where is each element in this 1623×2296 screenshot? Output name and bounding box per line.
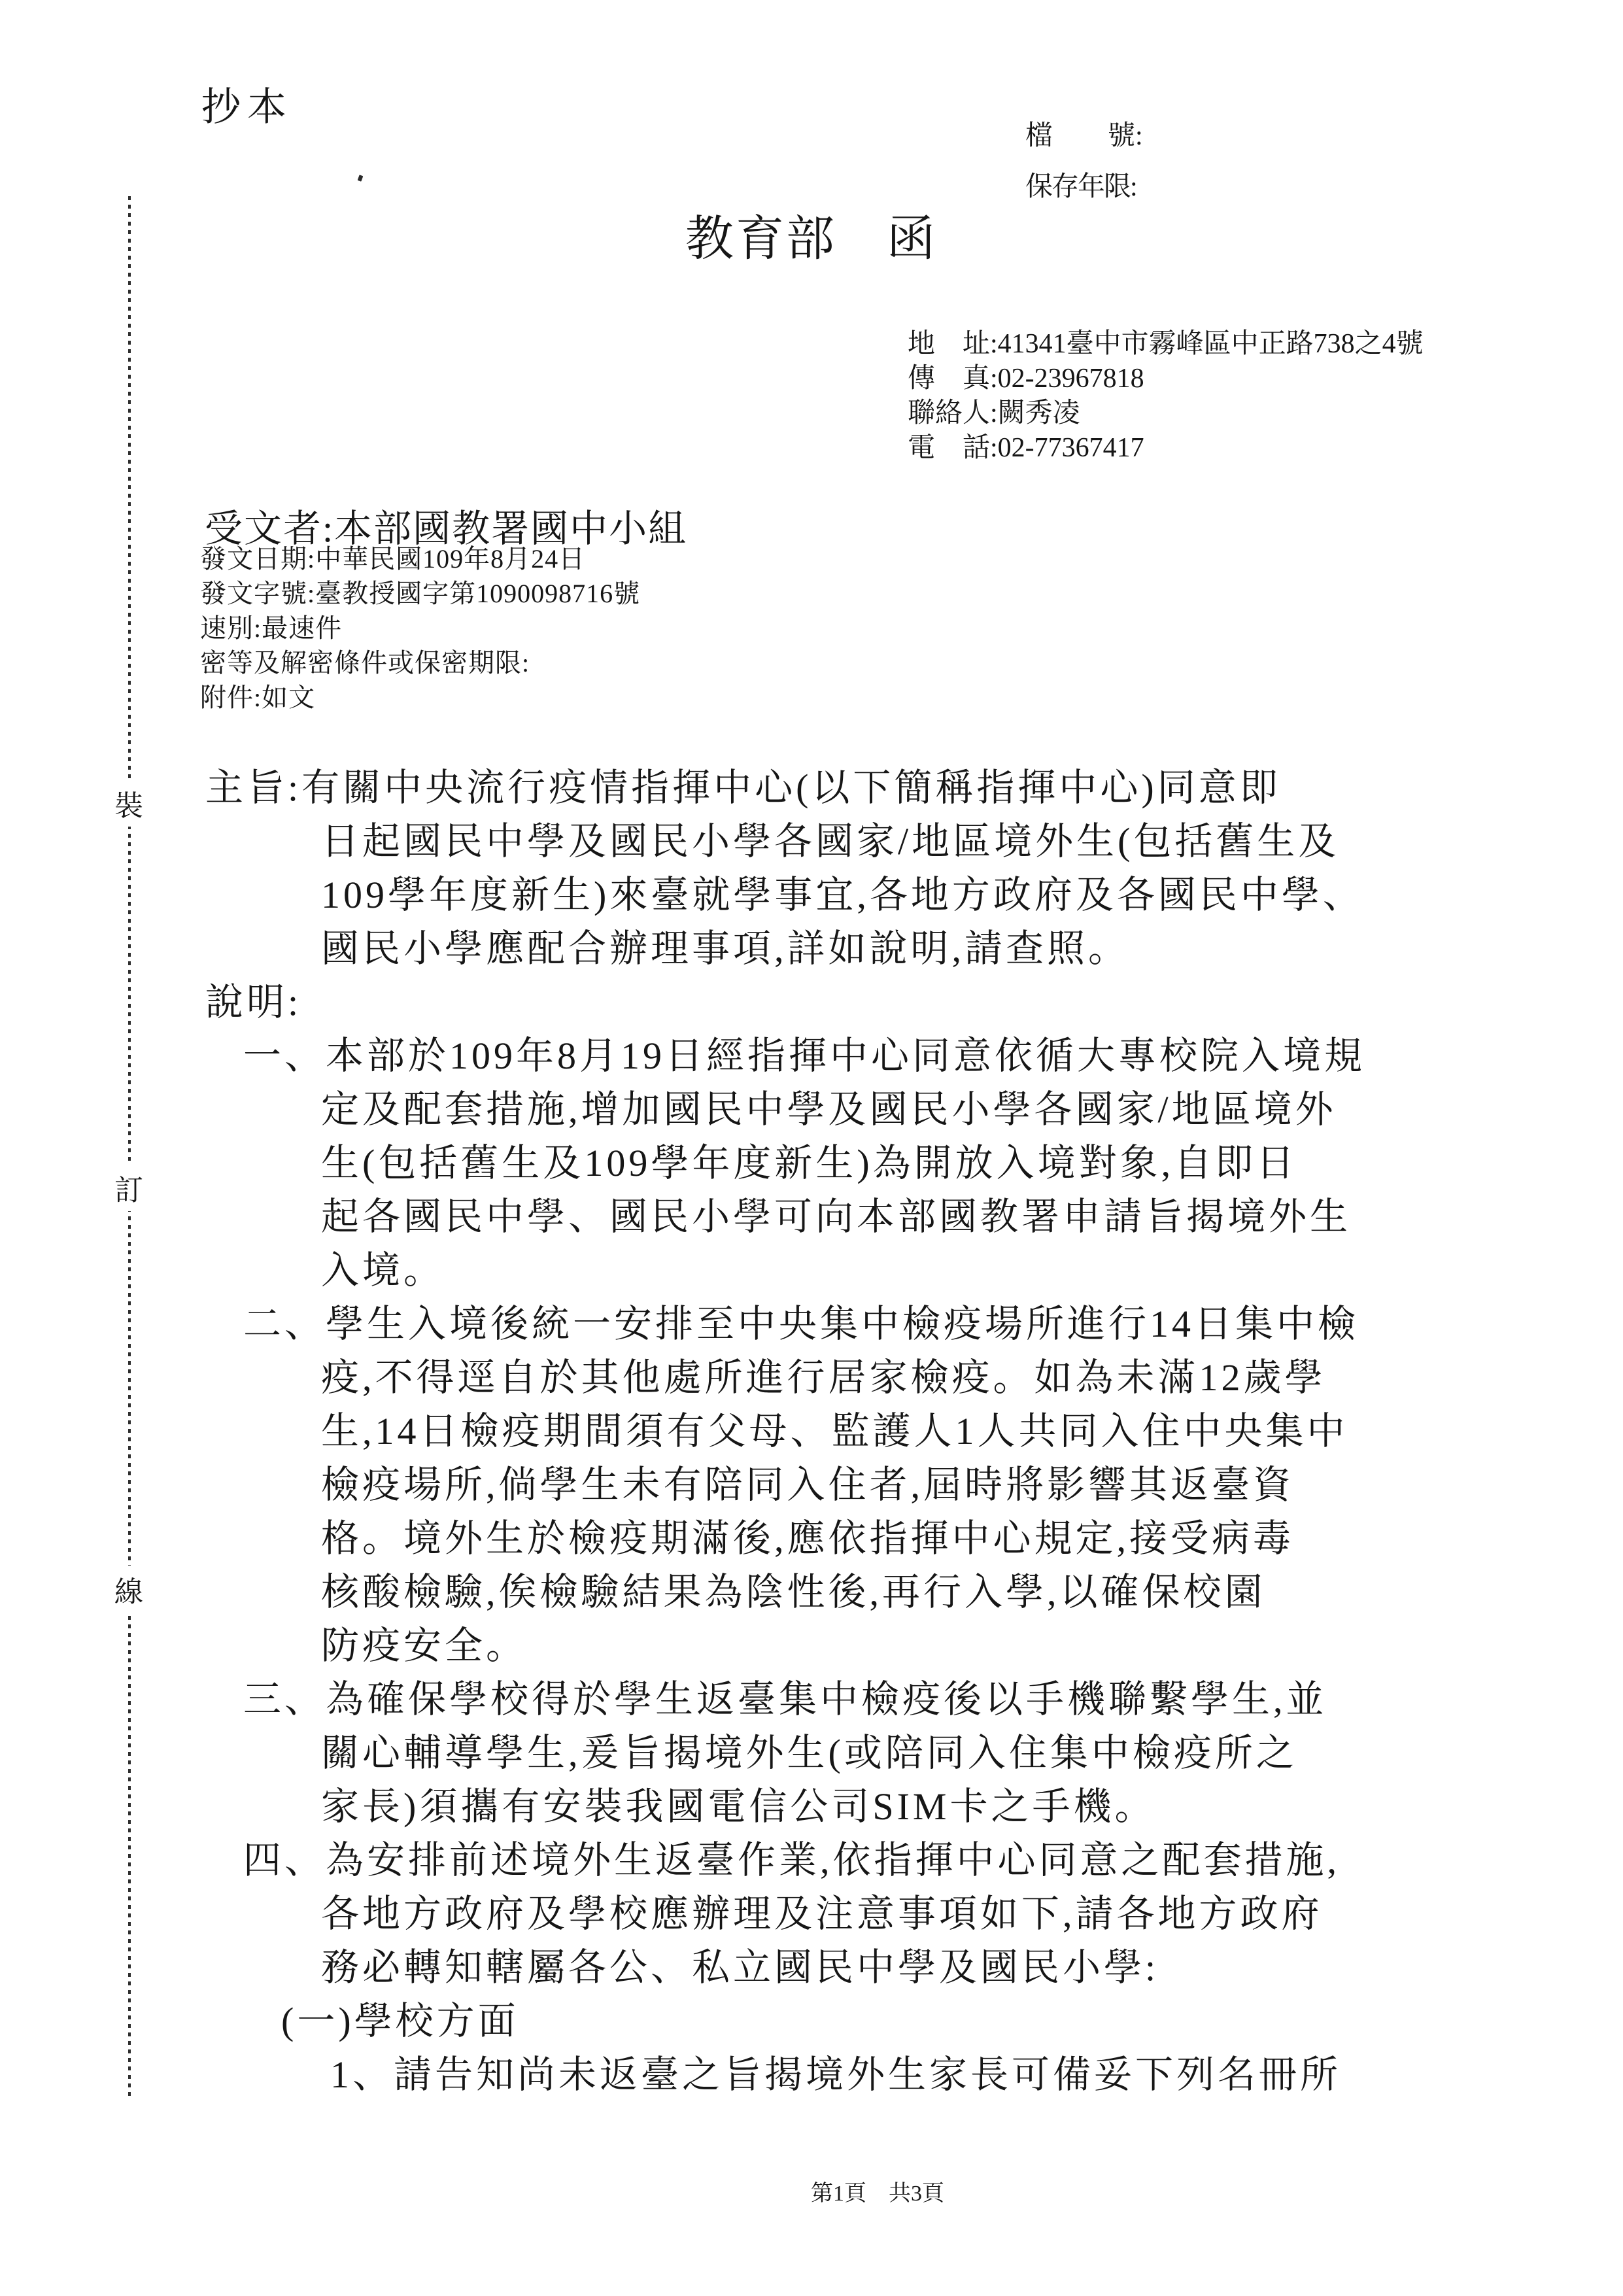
body-line: 疫,不得逕自於其他處所進行居家檢疫。如為未滿12歲學 (321, 1346, 1326, 1401)
scan-speck (358, 175, 364, 182)
document-title: 教育部 函 (685, 200, 937, 269)
binding-dotted-line (128, 196, 131, 2099)
sender-address-line: 地 址:41341臺中市霧峰區中正路738之4號 (908, 327, 1424, 362)
sender-fax-line: 傳 真:02-23967818 (908, 362, 1424, 396)
body-line: 說明: (205, 971, 301, 1026)
meta-line-attachment: 附件:如文 (200, 680, 640, 715)
body-line: 各地方政府及學校應辦理及注意事項如下,請各地方政府 (321, 1883, 1323, 1938)
body-line: 主旨:有關中央流行疫情指揮中心(以下簡稱指揮中心)同意即 (205, 757, 1281, 812)
meta-line-number: 發文字號:臺教授國字第1090098716號 (200, 576, 640, 611)
body-line: 一、本部於109年8月19日經指揮中心同意依循大專校院入境規 (243, 1025, 1365, 1080)
body-line: 生(包括舊生及109學年度新生)為開放入境對象,自即日 (321, 1132, 1297, 1187)
body-line: 關心輔導學生,爰旨揭境外生(或陪同入住集中檢疫所之 (321, 1722, 1297, 1777)
body-line: 家長)須攜有安裝我國電信公司SIM卡之手機。 (321, 1775, 1155, 1830)
meta-block: 發文日期:中華民國109年8月24日 發文字號:臺教授國字第1090098716… (200, 541, 640, 715)
sender-phone-line: 電 話:02-77367417 (908, 431, 1424, 466)
body-line: 四、為安排前述境外生返臺作業,依指揮中心同意之配套措施, (243, 1829, 1340, 1884)
body-line: 109學年度新生)來臺就學事宜,各地方政府及各國民中學、 (321, 864, 1364, 919)
body-line: 三、為確保學校得於學生返臺集中檢疫後以手機聯繫學生,並 (243, 1668, 1327, 1723)
binding-mark-xian: 線 (112, 1566, 145, 1613)
file-number-label: 檔 號: (1025, 114, 1143, 153)
body-line: 日起國民中學及國民小學各國家/地區境外生(包括舊生及 (321, 810, 1339, 865)
retention-period-label: 保存年限: (1025, 165, 1136, 204)
body-line: 定及配套措施,增加國民中學及國民小學各國家/地區境外 (321, 1078, 1337, 1133)
body-line: 入境。 (321, 1239, 445, 1294)
body-line: 檢疫場所,倘學生未有陪同入住者,屆時將影響其返臺資 (321, 1454, 1294, 1509)
body-line: 國民小學應配合辦理事項,詳如說明,請查照。 (321, 917, 1129, 972)
sender-info-block: 地 址:41341臺中市霧峰區中正路738之4號 傳 真:02-23967818… (908, 327, 1424, 466)
binding-mark-zhuang: 裝 (112, 780, 145, 827)
body-line: 核酸檢驗,俟檢驗結果為陰性後,再行入學,以確保校園 (321, 1561, 1266, 1616)
body-line: 1、請告知尚未返臺之旨揭境外生家長可備妥下列名冊所 (330, 2044, 1341, 2099)
body-line: 防疫安全。 (321, 1615, 527, 1670)
body-line: 務必轉知轄屬各公、私立國民中學及國民小學: (321, 1936, 1159, 1991)
meta-line-date: 發文日期:中華民國109年8月24日 (200, 541, 640, 576)
body-line: 起各國民中學、國民小學可向本部國教署申請旨揭境外生 (321, 1186, 1351, 1241)
body-line: 二、學生入境後統一安排至中央集中檢疫場所進行14日集中檢 (243, 1293, 1359, 1348)
body-line: (一)學校方面 (281, 1990, 519, 2045)
body-line: 格。境外生於檢疫期滿後,應依指揮中心規定,接受病毒 (321, 1507, 1294, 1562)
page-footer: 第1頁 共3頁 (811, 2175, 944, 2207)
meta-line-speed: 速別:最速件 (200, 611, 640, 645)
binding-mark-ding: 訂 (112, 1164, 145, 1211)
copy-label: 抄本 (201, 76, 293, 132)
sender-contact-line: 聯絡人:闕秀凌 (908, 396, 1424, 431)
meta-line-classification: 密等及解密條件或保密期限: (200, 645, 640, 680)
document-page: 抄本 檔 號: 保存年限: 教育部 函 地 址:41341臺中市霧峰區中正路73… (0, 0, 1623, 2296)
body-line: 生,14日檢疫期間須有父母、監護人1人共同入住中央集中 (321, 1400, 1348, 1455)
